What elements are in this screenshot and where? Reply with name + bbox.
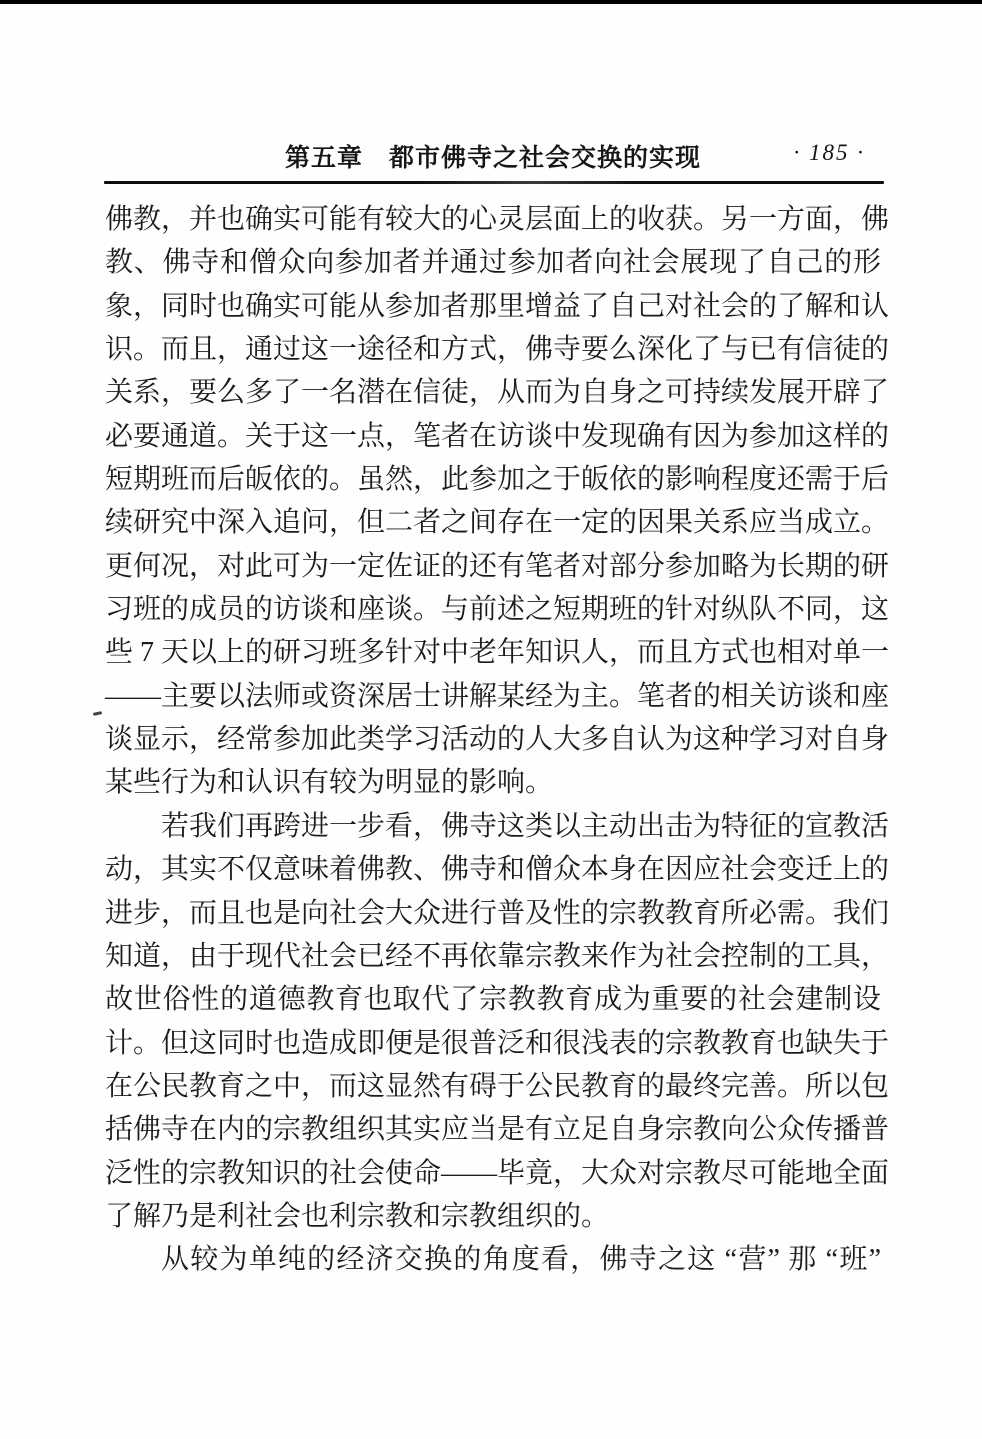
page-header: 第五章 都市佛寺之社会交换的实现 · 185 · (105, 138, 881, 172)
text-line: 佛教，并也确实可能有较大的心灵层面上的收获。另一方面，佛 (105, 198, 881, 241)
text-line: 更何况，对此可为一定佐证的还有笔者对部分参加略为长期的研 (105, 545, 881, 588)
text-line: 泛性的宗教知识的社会使命——毕竟，大众对宗教尽可能地全面 (105, 1152, 881, 1195)
text-line: ——主要以法师或资深居士讲解某经为主。笔者的相关访谈和座 (105, 675, 881, 718)
text-line: 知道，由于现代社会已经不再依靠宗教来作为社会控制的工具， (105, 935, 881, 978)
text-line: 续研究中深入追问，但二者之间存在一定的因果关系应当成立。 (105, 501, 881, 544)
text-line: 动，其实不仅意味着佛教、佛寺和僧众本身在因应社会变迁上的 (105, 848, 881, 891)
page-number: · 185 · (794, 140, 866, 166)
header-rule (104, 181, 884, 184)
text-line: 进步，而且也是向社会大众进行普及性的宗教教育所必需。我们 (105, 892, 881, 935)
text-line: 关系，要么多了一名潜在信徒，从而为自身之可持续发展开辟了 (105, 371, 881, 414)
text-line: 习班的成员的访谈和座谈。与前述之短期班的针对纵队不同，这 (105, 588, 881, 631)
text-line: 计。但这同时也造成即便是很普泛和很浅表的宗教教育也缺失于 (105, 1022, 881, 1065)
chapter-title: 第五章 都市佛寺之社会交换的实现 (285, 138, 701, 174)
text-line: 谈显示，经常参加此类学习活动的人大多自认为这种学习对自身 (105, 718, 881, 761)
text-line: 必要通道。关于这一点，笔者在访谈中发现确有因为参加这样的 (105, 415, 881, 458)
scan-edge-top (0, 0, 982, 4)
text-line: 短期班而后皈依的。虽然，此参加之于皈依的影响程度还需于后 (105, 458, 881, 501)
text-line: 识。而且，通过这一途径和方式，佛寺要么深化了与已有信徒的 (105, 328, 881, 371)
text-line: 若我们再跨进一步看，佛寺这类以主动出击为特征的宣教活 (105, 805, 881, 848)
text-line: 故世俗性的道德教育也取代了宗教教育成为重要的社会建制设 (105, 978, 881, 1021)
text-line: 某些行为和认识有较为明显的影响。 (105, 761, 881, 804)
body-text: 佛教，并也确实可能有较大的心灵层面上的收获。另一方面，佛教、佛寺和僧众向参加者并… (105, 198, 881, 1282)
scan-artifact-mark (93, 711, 102, 716)
text-line: 从较为单纯的经济交换的角度看，佛寺之这 “营” 那 “班” (105, 1238, 881, 1281)
text-line: 些 7 天以上的研习班多针对中老年知识人，而且方式也相对单一 (105, 631, 881, 674)
book-page: 第五章 都市佛寺之社会交换的实现 · 185 · 佛教，并也确实可能有较大的心灵… (0, 0, 982, 1439)
text-line: 教、佛寺和僧众向参加者并通过参加者向社会展现了自己的形 (105, 241, 881, 284)
text-line: 在公民教育之中，而这显然有碍于公民教育的最终完善。所以包 (105, 1065, 881, 1108)
text-line: 括佛寺在内的宗教组织其实应当是有立足自身宗教向公众传播普 (105, 1108, 881, 1151)
text-line: 了解乃是利社会也利宗教和宗教组织的。 (105, 1195, 881, 1238)
text-line: 象，同时也确实可能从参加者那里增益了自己对社会的了解和认 (105, 285, 881, 328)
